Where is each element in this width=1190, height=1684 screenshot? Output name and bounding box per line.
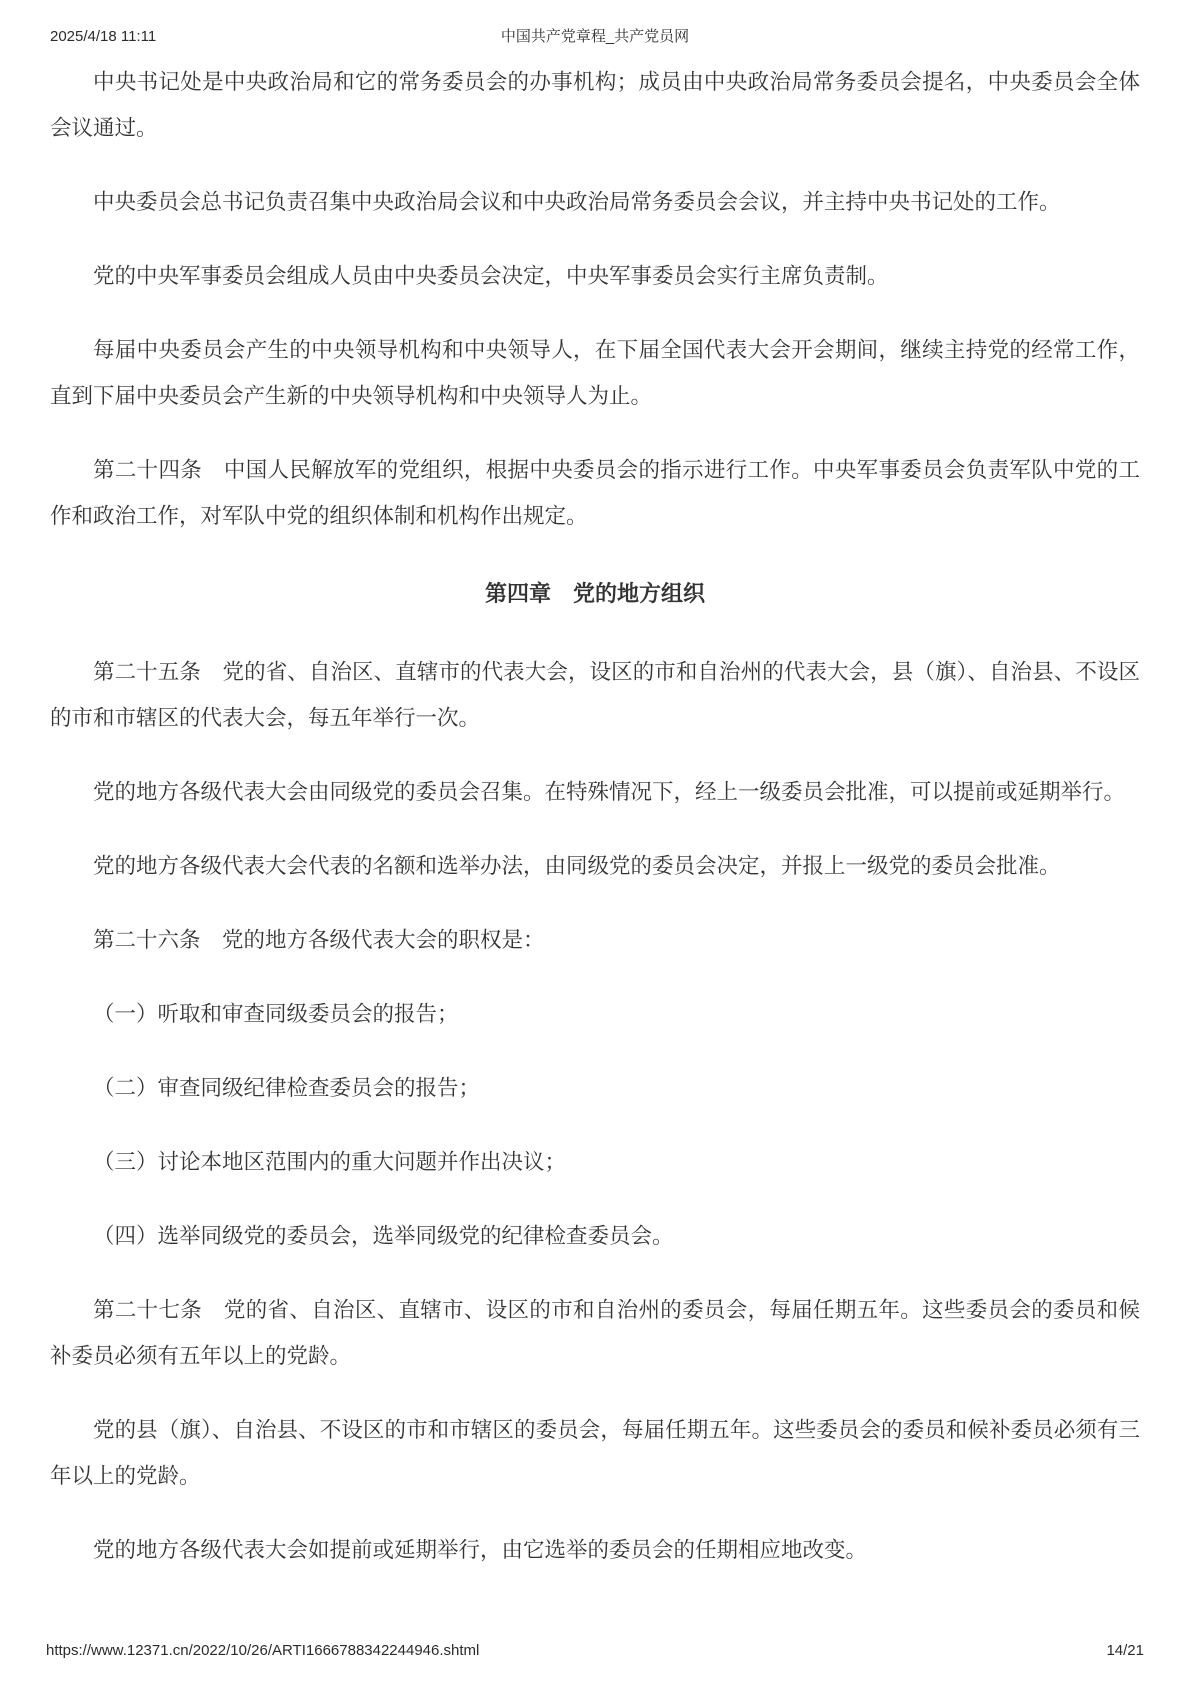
- paragraph: 每届中央委员会产生的中央领导机构和中央领导人，在下届全国代表大会开会期间，继续主…: [50, 327, 1140, 419]
- paragraph: 第二十四条 中国人民解放军的党组织，根据中央委员会的指示进行工作。中央军事委员会…: [50, 447, 1140, 539]
- print-footer: https://www.12371.cn/2022/10/26/ARTI1666…: [46, 1642, 1144, 1660]
- print-timestamp: 2025/4/18 11:11: [50, 27, 156, 47]
- paragraph: （二）审查同级纪律检查委员会的报告；: [50, 1065, 1140, 1111]
- paragraph: （四）选举同级党的委员会，选举同级党的纪律检查委员会。: [50, 1213, 1140, 1259]
- paragraph: 党的中央军事委员会组成人员由中央委员会决定，中央军事委员会实行主席负责制。: [50, 253, 1140, 299]
- article-body: 中央书记处是中央政治局和它的常务委员会的办事机构；成员由中央政治局常务委员会提名…: [50, 48, 1140, 1601]
- paragraph: 党的地方各级代表大会由同级党的委员会召集。在特殊情况下，经上一级委员会批准，可以…: [50, 769, 1140, 815]
- print-header: 2025/4/18 11:11 中国共产党章程_共产党员网: [50, 27, 1140, 47]
- page-number: 14/21: [1106, 1642, 1144, 1660]
- source-url: https://www.12371.cn/2022/10/26/ARTI1666…: [46, 1642, 479, 1660]
- paragraph: （一）听取和审查同级委员会的报告；: [50, 991, 1140, 1037]
- paragraph: 党的县（旗）、自治县、不设区的市和市辖区的委员会，每届任期五年。这些委员会的委员…: [50, 1407, 1140, 1499]
- chapter-heading: 第四章 党的地方组织: [50, 571, 1140, 617]
- document-title: 中国共产党章程_共产党员网: [50, 27, 1140, 47]
- paragraph: 第二十五条 党的省、自治区、直辖市的代表大会，设区的市和自治州的代表大会，县（旗…: [50, 649, 1140, 741]
- paragraph: 中央书记处是中央政治局和它的常务委员会的办事机构；成员由中央政治局常务委员会提名…: [50, 59, 1140, 151]
- paragraph: （三）讨论本地区范围内的重大问题并作出决议；: [50, 1139, 1140, 1185]
- paragraph: 党的地方各级代表大会如提前或延期举行，由它选举的委员会的任期相应地改变。: [50, 1527, 1140, 1573]
- paragraph: 党的地方各级代表大会代表的名额和选举办法，由同级党的委员会决定，并报上一级党的委…: [50, 843, 1140, 889]
- paragraph: 第二十七条 党的省、自治区、直辖市、设区的市和自治州的委员会，每届任期五年。这些…: [50, 1287, 1140, 1379]
- paragraph: 第二十六条 党的地方各级代表大会的职权是：: [50, 917, 1140, 963]
- paragraph: 中央委员会总书记负责召集中央政治局会议和中央政治局常务委员会会议，并主持中央书记…: [50, 179, 1140, 225]
